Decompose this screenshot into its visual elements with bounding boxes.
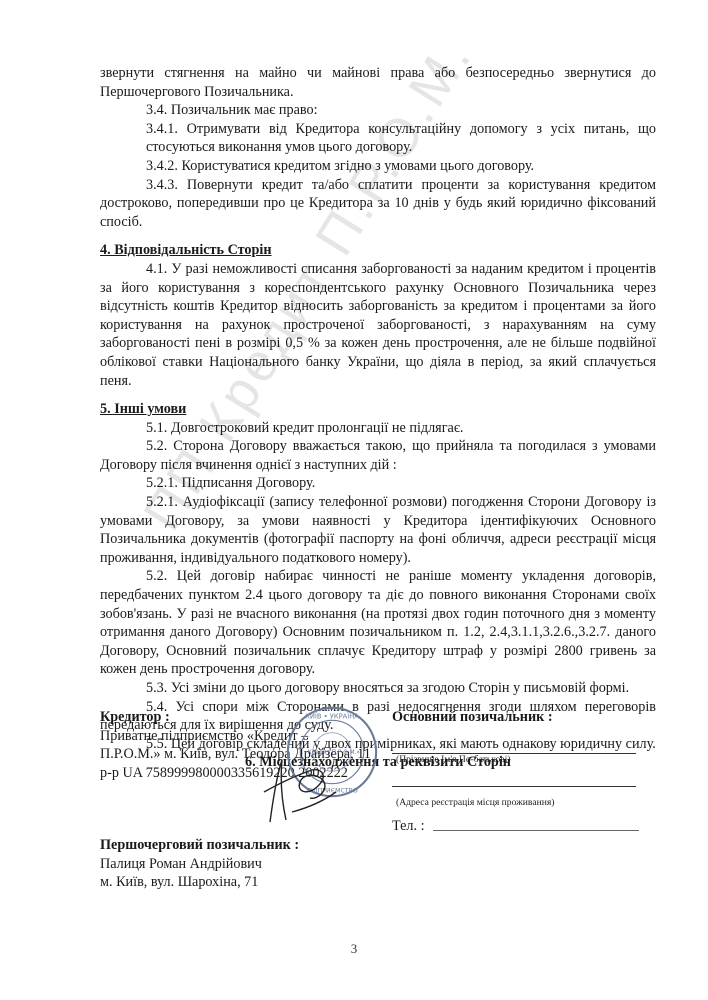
document-body: звернути стягнення на майно чи майнові п… [100,64,656,772]
main-borrower-details: Основний позичальник : (Прізвище Ім'я По… [392,708,642,835]
tel-signature-line [433,830,639,831]
main-borrower-label: Основний позичальник : [392,709,553,725]
first-borrower-name: Палиця Роман Андрійович [100,855,400,874]
tel-label: Тел. : [392,817,425,836]
clause-5-1: 5.1. Довгостроковий кредит пролонгації н… [100,419,656,438]
continuation-paragraph: звернути стягнення на майно чи майнові п… [100,64,656,101]
clause-3-4-3: 3.4.3. Повернути кредит та/або сплатити … [100,176,656,232]
name-caption: (Прізвище Ім'я По-батькові) [392,754,642,766]
section-5-title: 5. Інші умови [100,400,656,419]
first-borrower-address: м. Київ, вул. Шарохіна, 71 [100,873,400,892]
clause-5-3: 5.3. Усі зміни до цього договору вносять… [100,679,656,698]
clause-3-4-2: 3.4.2. Користуватися кредитом згідно з у… [100,157,656,176]
page-number: 3 [0,940,708,959]
document-page: ПП Кредит П.Р.О.М. звернути стягнення на… [0,0,708,1000]
clause-5-2: 5.2. Сторона Договору вважається такою, … [100,437,656,474]
first-borrower-details: Першочерговий позичальник : Палиця Роман… [100,836,400,892]
svg-text:КИЇВ • УКРАЇНА: КИЇВ • УКРАЇНА [305,711,359,720]
clause-5-2-1-signing: 5.2.1. Підписання Договору. [100,474,656,493]
address-caption: (Адреса реєстрація місця проживання) [392,797,642,809]
clause-5-2-1-audio: 5.2.1. Аудіофіксації (запису телефонної … [100,493,656,567]
clause-5-2-validity: 5.2. Цей договір набирає чинності не ран… [100,567,656,679]
first-borrower-label: Першочерговий позичальник : [100,837,299,853]
clause-3-4-1: 3.4.1. Отримувати від Кредитора консульт… [100,120,656,157]
section-4-title: 4. Відповідальність Сторін [100,241,656,260]
clause-4-1: 4.1. У разі неможливості списання заборг… [100,260,656,390]
clause-3-4: 3.4. Позичальник має право: [100,101,656,120]
signature-icon [252,752,342,827]
creditor-label: Кредитор : [100,709,170,725]
